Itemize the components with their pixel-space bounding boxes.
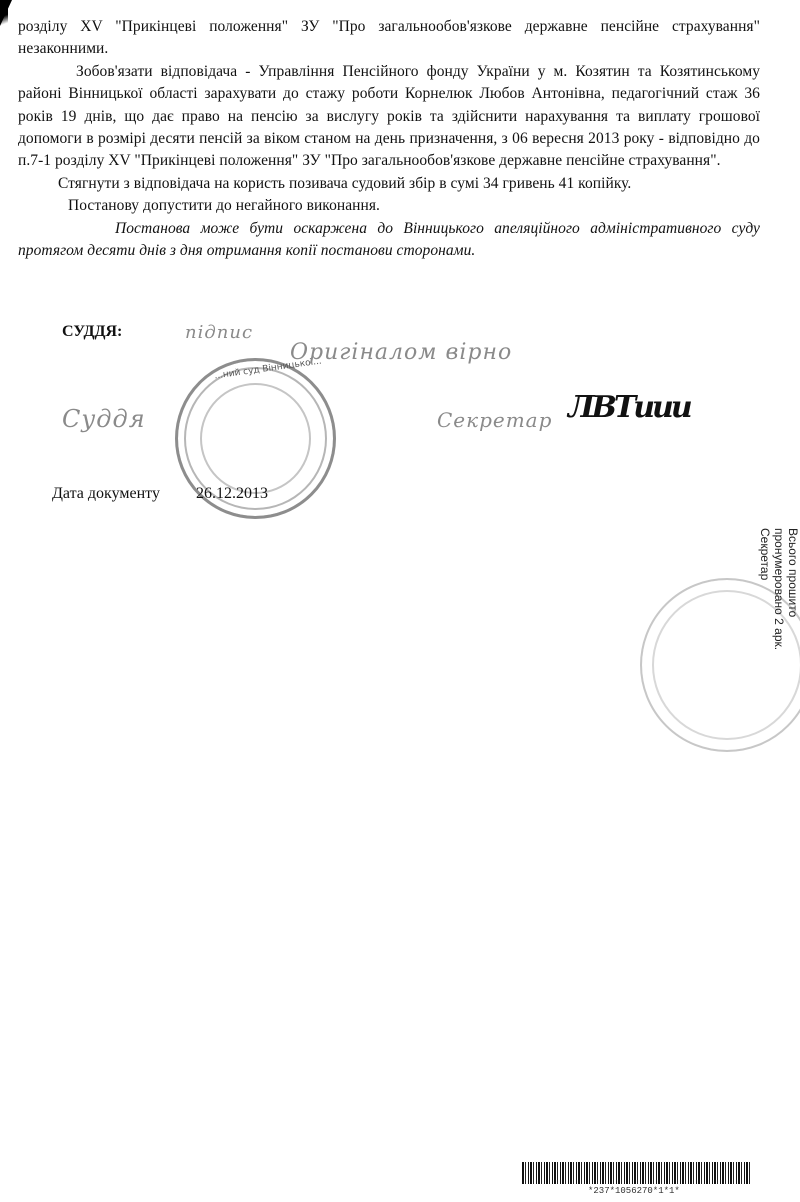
document-body: розділу XV "Прикінцеві положення" ЗУ "Пр… (18, 16, 760, 262)
barcode-number: *237*1056270*1*1* (588, 1186, 680, 1196)
paragraph-appeal: Постанова може бути оскаржена до Вінниць… (18, 218, 760, 263)
date-label: Дата документу (52, 485, 160, 503)
paragraph-3: Стягнути з відповідача на користь позива… (18, 173, 760, 195)
paragraph-4: Постанову допустити до негайного виконан… (18, 195, 760, 217)
binding-note: Всього прошито пронумеровано 2 арк. Секр… (758, 528, 800, 650)
judge-label: СУДДЯ: (62, 323, 122, 341)
paragraph-2: Зобов'язати відповідача - Управління Пен… (18, 61, 760, 173)
binding-note-line: Всього прошито (786, 528, 800, 650)
handwritten-secretary: Секретар (437, 408, 552, 432)
paragraph-1: розділу XV "Прикінцеві положення" ЗУ "Пр… (18, 16, 760, 61)
handwritten-podpys: пiдпис (185, 322, 253, 343)
scan-corner-shadow (0, 0, 8, 40)
binding-note-line: Секретар (758, 528, 772, 650)
barcode (522, 1162, 750, 1184)
handwritten-judge: Суддя (62, 405, 146, 433)
handwritten-certified-copy: Оригiналом вiрно (290, 340, 512, 365)
binding-note-line: пронумеровано 2 арк. (772, 528, 786, 650)
signature: ЛВТиии (568, 390, 690, 425)
date-value: 26.12.2013 (196, 485, 268, 503)
